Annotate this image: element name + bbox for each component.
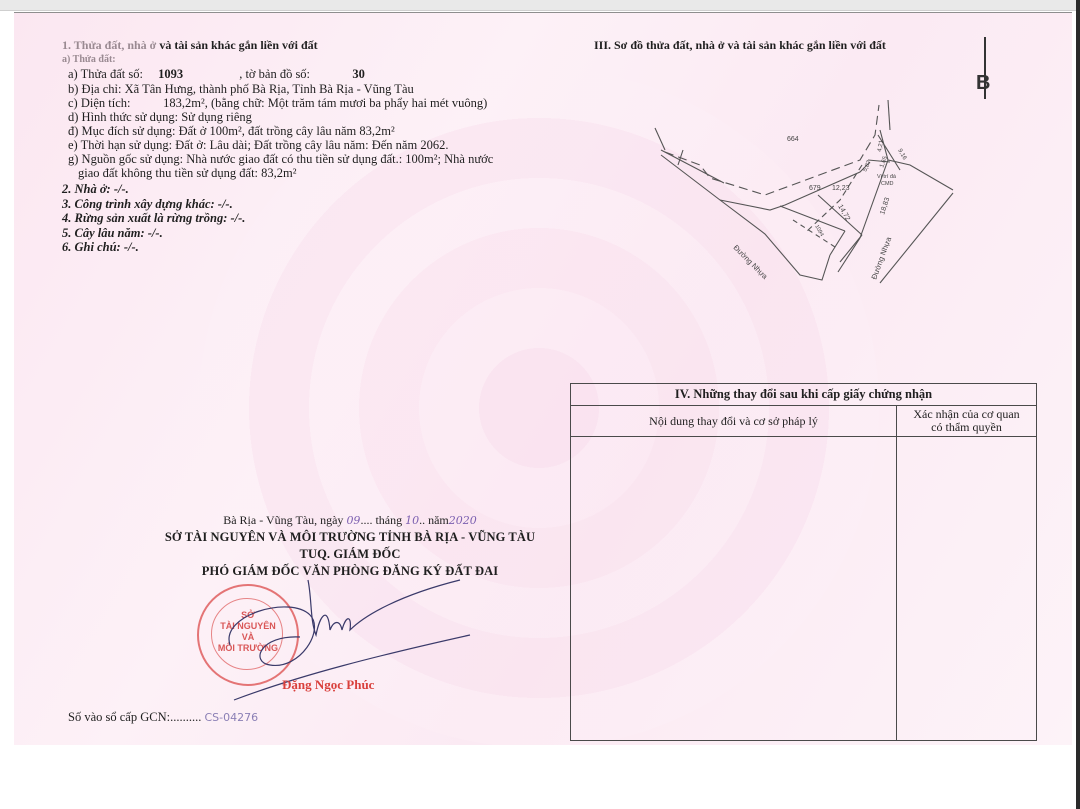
issue-year: 2020 [449,514,477,527]
section3-title: III. Sơ đồ thửa đất, nhà ở và tài sản kh… [594,38,886,53]
dim-14-72: 14,72 [836,204,851,223]
origin-value: Nhà nước giao đất có thu tiền sử dụng đấ… [186,152,493,166]
label: b) Địa chỉ: [68,82,121,96]
gcn-label: Số vào sổ cấp GCN: [68,710,170,724]
month-label: tháng [375,513,402,527]
origin-line: g) Nguồn gốc sử dụng: Nhà nước giao đất … [68,152,493,166]
tuq-director: TUQ. GIÁM ĐỐC [160,547,540,562]
use-purpose-line: đ) Mục đích sử dụng: Đất ở 100m², đất tr… [68,124,395,138]
map-sheet-label: , tờ bản đồ số: [239,67,349,81]
label: e) Thời hạn sử dụng: [68,138,172,152]
authority-confirmation-header: Xác nhận của cơ quan có thẩm quyền [897,406,1037,437]
authority-confirmation-cell [897,437,1037,741]
label: đ) Mục đích sử dụng: [68,124,175,138]
road-left-label: Đường Nhựa [732,243,770,281]
section1-subtitle: a) Thửa đất: [62,53,116,67]
use-form-value: Sử dụng riêng [181,110,252,124]
parcel-664-label: 664 [787,136,799,143]
section1-title-text: và tài sản khác gắn liền với đất [159,38,317,52]
perennial-trees-item: 5. Cây lâu năm: -/-. [62,226,163,240]
use-purpose-value: Đất ở 100m², đất trồng cây lâu năm 83,2m… [179,124,395,138]
origin-line-cont: giao đất không thu tiền sử dụng đất: 83,… [78,166,297,180]
north-label: B [976,72,990,95]
changes-content-cell [571,437,897,741]
address-value: Xã Tân Hưng, thành phố Bà Rịa, Tỉnh Bà R… [125,82,414,96]
issue-day: 09 [346,514,360,527]
dim-4-21: 4,21 [877,139,885,152]
section1-title-faded: 1. Thửa đất, nhà ở [62,38,156,52]
gcn-number: CS-04276 [204,711,258,724]
dim-5-87: 5,87 [862,159,873,173]
label: d) Hình thức sử dụng: [68,110,178,124]
changes-table: IV. Những thay đổi sau khi cấp giấy chứn… [570,383,1037,741]
use-form-line: d) Hình thức sử dụng: Sử dụng riêng [68,110,252,124]
section1-title: 1. Thửa đất, nhà ở và tài sản khác gắn l… [62,38,318,53]
cmd-label: CMD [881,181,894,187]
issue-date-line: Bà Rịa - Vũng Tàu, ngày 09.... tháng 10.… [160,513,540,528]
notes-item: 6. Ghi chú: -/-. [62,240,139,254]
label: a) Thửa đất số: [68,67,143,81]
year-label: năm [428,513,449,527]
label: g) Nguồn gốc sử dụng: [68,152,183,166]
use-term-line: e) Thời hạn sử dụng: Đất ở: Lâu dài; Đất… [68,138,448,152]
parcel-map-diagram: 664 679 12,23 1094 14,72 18,83 5,87 4,21… [640,95,980,305]
use-term-value: Đất ở: Lâu dài; Đất trồng cây lâu năm: Đ… [175,138,448,152]
scan-right-edge [1076,0,1080,809]
dim-9-16: 9,16 [896,148,907,162]
parcel-number: 1093 [146,67,236,81]
production-forest-item: 4. Rừng sản xuất là rừng trồng: -/-. [62,211,245,225]
parcel-1094-label: 1094 [813,224,824,238]
scan-top-edge [0,0,1080,11]
changes-content-header: Nội dung thay đổi và cơ sở pháp lý [571,406,897,437]
label: c) Diện tích: [68,96,160,110]
date-prefix: Bà Rịa - Vũng Tàu, ngày [223,513,343,527]
road-right-label: Đường Nhựa [869,235,893,281]
dim-18-83: 18,83 [879,197,891,216]
dim-12-23: 12,23 [832,185,850,192]
gcn-register-line: Số vào sổ cấp GCN:.......... CS-04276 [68,710,258,725]
signer-name: Đặng Ngọc Phúc [282,677,374,693]
map-sheet-number: 30 [352,67,365,81]
parcel-679-label: 679 [809,185,821,192]
other-construction-item: 3. Công trình xây dựng khác: -/-. [62,197,233,211]
issue-month: 10 [405,514,419,527]
house-item: 2. Nhà ở: -/-. [62,182,129,196]
issuing-organization: SỞ TÀI NGUYÊN VÀ MÔI TRƯỜNG TỈNH BÀ RỊA … [160,530,540,545]
authority-header-line2: có thẩm quyền [897,421,1036,434]
area-line: c) Diện tích: 183,2m², (bằng chữ: Một tr… [68,96,487,110]
cmd-position-label: Vị trí đá [877,174,897,180]
area-value: 183,2m², (bằng chữ: Một trăm tám mươi ba… [163,96,487,110]
address-line: b) Địa chỉ: Xã Tân Hưng, thành phố Bà Rị… [68,82,414,96]
section4-title: IV. Những thay đổi sau khi cấp giấy chứn… [571,384,1037,406]
parcel-number-line: a) Thửa đất số: 1093 , tờ bản đồ số: 30 [68,67,365,81]
gcn-dots: .......... [170,710,201,724]
